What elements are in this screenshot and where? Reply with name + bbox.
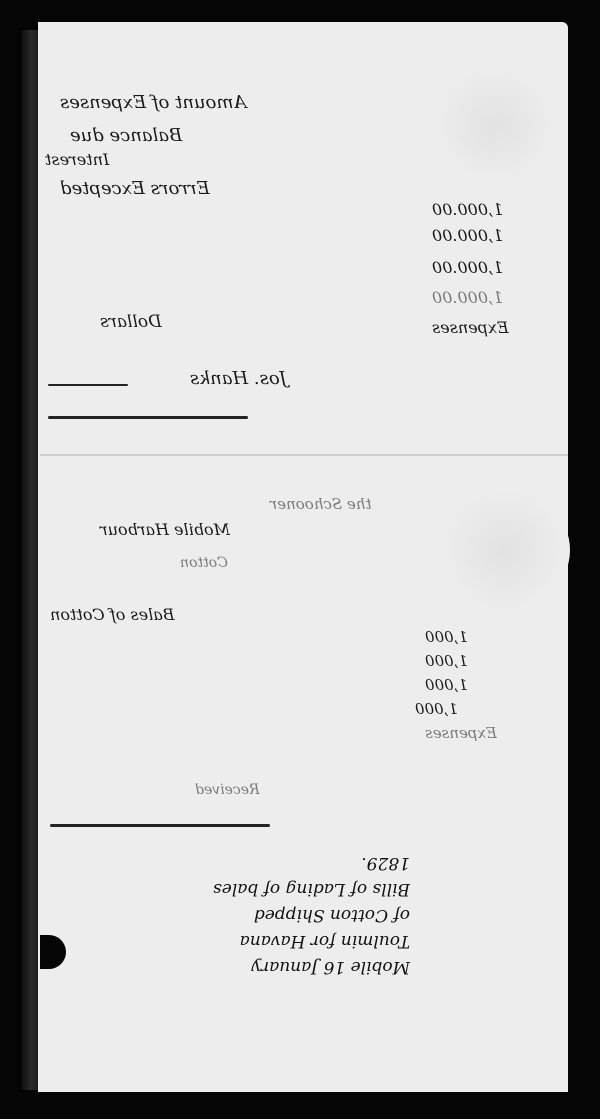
bleed-line: Interest: [45, 150, 109, 169]
bleed-line: Amount of Expenses: [60, 92, 246, 113]
bleed-total-label: Dollars: [100, 312, 162, 332]
bleed-amount: 1,000: [425, 652, 468, 670]
paper-stain: [430, 70, 560, 180]
docket-line: Mobile 16 January: [180, 954, 410, 980]
docket-line: Toulmin for Havana: [180, 928, 410, 954]
bleed-line: Mobile Harbour: [100, 520, 230, 539]
bleed-amount: 1,000.00: [432, 226, 503, 245]
bleed-line: Balance due: [70, 125, 182, 146]
docket-line: Bills of Lading of bales: [180, 876, 410, 902]
bleed-signature: Jos. Hanks: [190, 368, 287, 389]
bleed-line: Errors Excepted: [60, 178, 210, 199]
ruled-line: [48, 416, 248, 419]
bleed-amount: 1,000.00: [432, 288, 503, 307]
paper-stain: [440, 490, 570, 610]
bleed-amount: Expenses: [432, 318, 509, 337]
page-fold-line: [40, 454, 568, 456]
ruled-line: [50, 824, 270, 827]
bleed-amount: 1,000: [425, 628, 468, 646]
docket-line: of Cotton Shipped: [180, 902, 410, 928]
docket-year: 1829.: [180, 850, 410, 876]
bleed-amount: 1,000: [415, 700, 458, 718]
bleed-line: the Schooner: [270, 495, 371, 513]
bleed-amount: 1,000.00: [432, 258, 503, 277]
docket-note: Mobile 16 January Toulmin for Havana of …: [180, 850, 410, 980]
ruled-line: [48, 384, 128, 386]
bleed-line: Bales of Cotton: [50, 605, 175, 624]
bleed-footer: Received: [195, 782, 260, 798]
bleed-line: Cotton: [180, 555, 228, 571]
bleed-amount: Expenses: [425, 724, 497, 742]
bleed-amount: 1,000: [425, 676, 468, 694]
bleed-amount: 1,000.00: [432, 200, 503, 219]
